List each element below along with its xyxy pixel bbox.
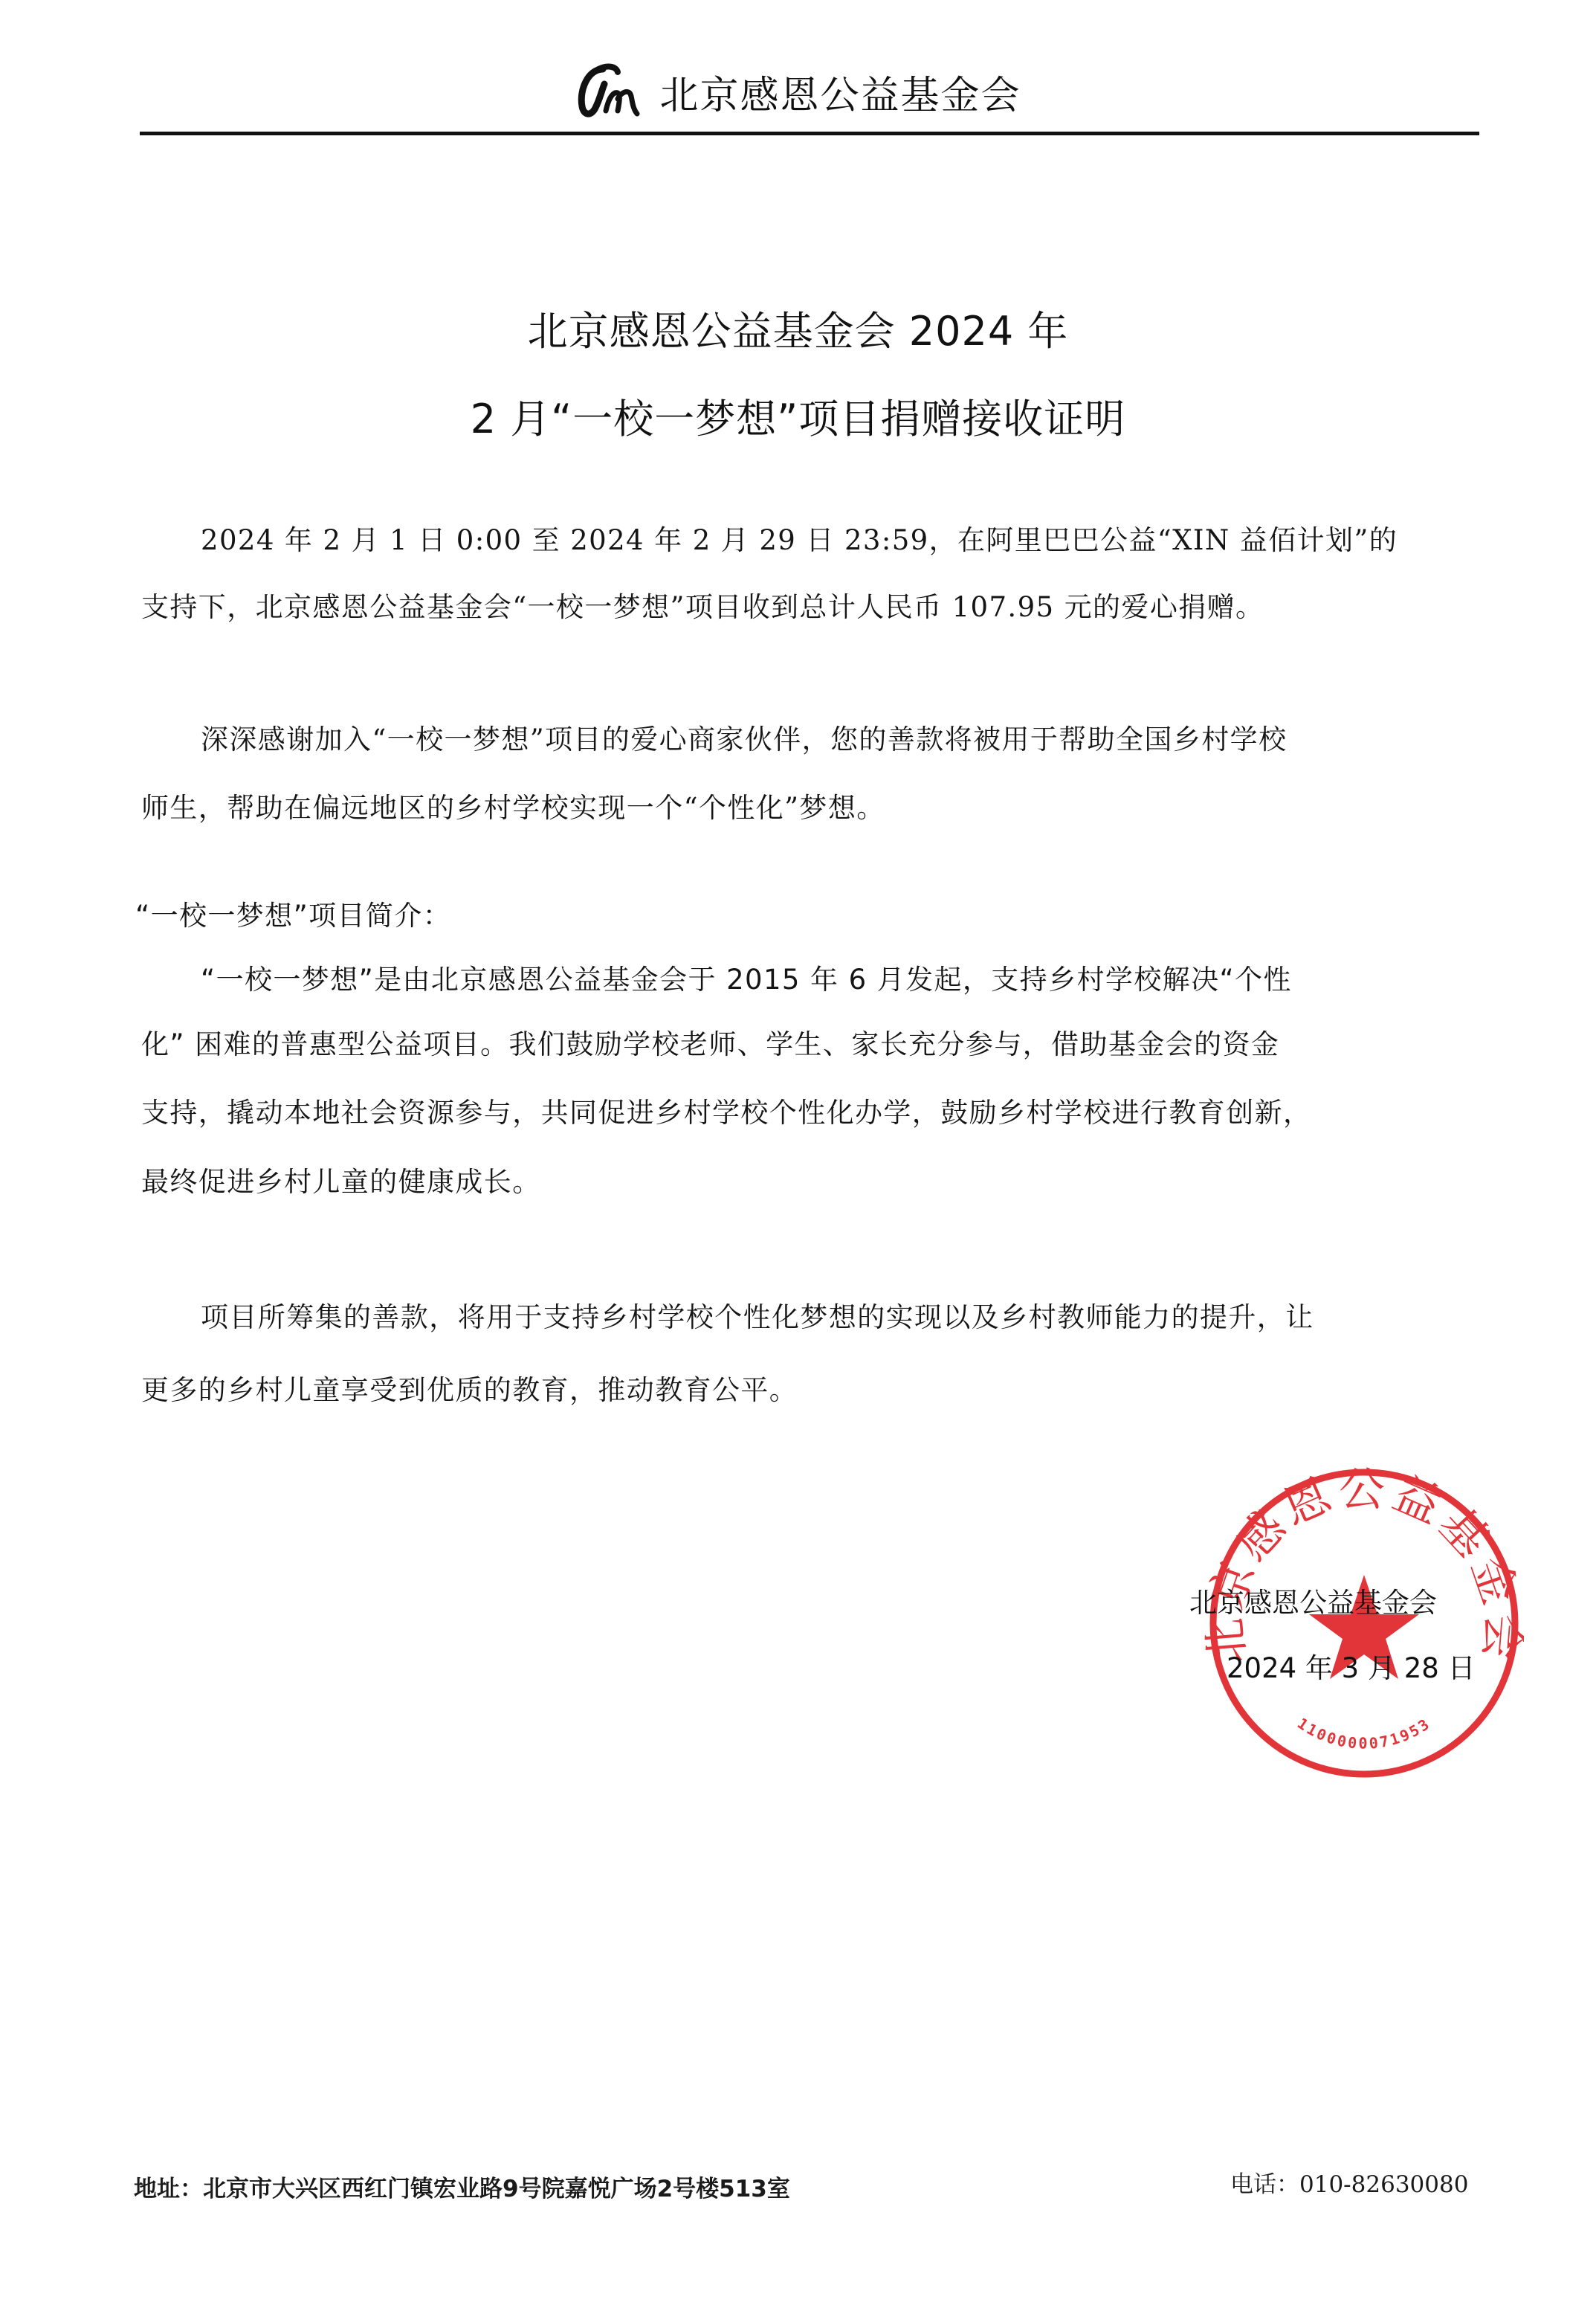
footer-phone: 电话：010-82630080: [1230, 2165, 1468, 2199]
cn-monogram-logo-icon: [575, 62, 649, 121]
project-intro-heading: “一校一梦想”项目简介：: [135, 897, 451, 935]
signature-org-name: 北京感恩公益基金会: [1189, 1580, 1437, 1620]
text-line: 2024 年 2 月 1 日 0:00 至 2024 年 2 月 29 日 23…: [201, 522, 1398, 559]
text-line: 化” 困难的普惠型公益项目。我们鼓励学校老师、学生、家长充分参与，借助基金会的资…: [141, 1026, 1279, 1063]
document-title-line-1: 北京感恩公益基金会 2024 年: [0, 300, 1596, 357]
letterhead-org-name: 北京感恩公益基金会: [659, 64, 1021, 120]
text-line: 最终促进乡村儿童的健康成长。: [141, 1164, 541, 1201]
letterhead: 北京感恩公益基金会: [0, 58, 1596, 125]
official-seal-stamp: 北京感恩公益基金会 1100000071953: [1204, 1463, 1524, 1783]
text-line: 支持下，北京感恩公益基金会“一校一梦想”项目收到总计人民币 107.95 元的爱…: [141, 589, 1264, 626]
footer-address: 地址：北京市大兴区西红门镇宏业路9号院嘉悦广场2号楼513室: [134, 2170, 790, 2203]
text-line: 项目所筹集的善款，将用于支持乡村学校个性化梦想的实现以及乡村教师能力的提升，让: [201, 1299, 1314, 1336]
text-line: “一校一梦想”是由北京感恩公益基金会于 2015 年 6 月发起，支持乡村学校解…: [201, 961, 1292, 999]
signature-date: 2024 年 3 月 28 日: [1227, 1646, 1476, 1686]
letterhead-divider: [140, 132, 1479, 135]
stamp-serial-number: 1100000071953: [1294, 1714, 1434, 1752]
text-line: 深深感谢加入“一校一梦想”项目的爱心商家伙伴，您的善款将被用于帮助全国乡村学校: [201, 721, 1287, 758]
text-line: 师生，帮助在偏远地区的乡村学校实现一个“个性化”梦想。: [141, 790, 885, 827]
text-line: 更多的乡村儿童享受到优质的教育，推动教育公平。: [141, 1372, 798, 1409]
document-title-line-2: 2 月“一校一梦想”项目捐赠接收证明: [0, 387, 1596, 445]
svg-text:1100000071953: 1100000071953: [1294, 1714, 1434, 1752]
text-line: 支持，撬动本地社会资源参与，共同促进乡村学校个性化办学，鼓励乡村学校进行教育创新…: [141, 1095, 1311, 1132]
